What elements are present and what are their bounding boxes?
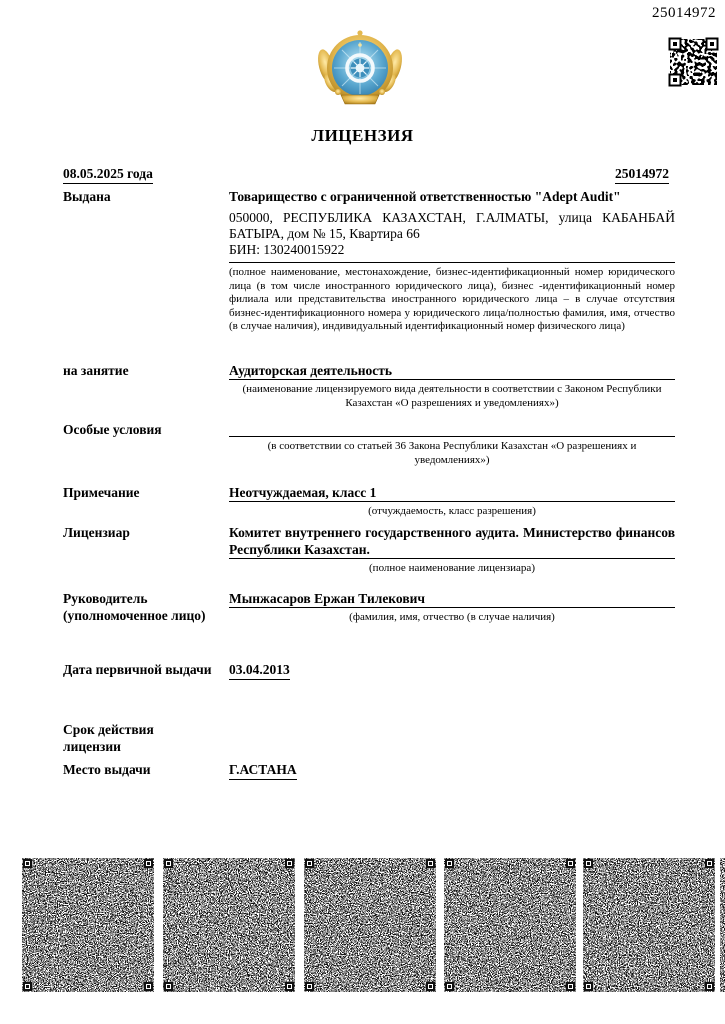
field-row-licensor: Лицензиар Комитет внутреннего государств… xyxy=(63,524,675,576)
field-label: Лицензиар xyxy=(63,524,229,576)
field-label: Руководитель (уполномоченное лицо) xyxy=(63,590,229,625)
field-row-validity: Срок действия лицензии xyxy=(63,721,675,755)
field-caption: (полное наименование, местонахождение, б… xyxy=(229,266,675,334)
field-label: Дата первичной выдачи xyxy=(63,661,229,680)
field-caption: (в соответствии со статьей 36 Закона Рес… xyxy=(242,440,662,467)
signature-noise-block-icon xyxy=(163,858,295,992)
document-number-top: 25014972 xyxy=(652,5,716,22)
special-conditions-value xyxy=(229,421,675,437)
field-row-head: Руководитель (уполномоченное лицо) Мынжа… xyxy=(63,590,675,625)
qr-code-icon xyxy=(668,37,719,87)
field-caption: (наименование лицензируемого вида деятел… xyxy=(237,383,667,410)
page-title: ЛИЦЕНЗИЯ xyxy=(0,126,725,146)
field-row-issued-to: Выдана Товарищество с ограниченной ответ… xyxy=(63,188,675,334)
license-number: 25014972 xyxy=(615,166,669,184)
field-label: Место выдачи xyxy=(63,761,229,780)
signature-noise-block-icon xyxy=(304,858,436,992)
field-label: Примечание xyxy=(63,484,229,519)
field-row-note: Примечание Неотчуждаемая, класс 1 (отчуж… xyxy=(63,484,675,519)
field-caption: (отчуждаемость, класс разрешения) xyxy=(229,505,675,519)
licensee-address: 050000, РЕСПУБЛИКА КАЗАХСТАН, Г.АЛМАТЫ, … xyxy=(229,210,675,242)
field-row-place-of-issue: Место выдачи Г.АСТАНА xyxy=(63,761,675,780)
license-document-page: 25014972 xyxy=(0,0,725,1024)
field-label: Срок действия лицензии xyxy=(63,721,173,755)
note-value: Неотчуждаемая, класс 1 xyxy=(229,484,675,502)
signature-noise-block-icon xyxy=(444,858,576,992)
field-caption: (полное наименование лицензиара) xyxy=(229,562,675,576)
licensee-name: Товарищество с ограниченной ответственно… xyxy=(229,188,675,205)
field-label: Выдана xyxy=(63,188,229,334)
licensor-value: Комитет внутреннего государственного ауд… xyxy=(229,524,675,559)
field-row-special-conditions: Особые условия (в соответствии со статье… xyxy=(63,421,675,467)
validity-value xyxy=(173,721,619,755)
date-number-row: 08.05.2025 года 25014972 xyxy=(63,166,669,184)
field-label: на занятие xyxy=(63,362,229,410)
first-issue-date-value: 03.04.2013 xyxy=(229,661,290,680)
licensee-bin: БИН: 130240015922 xyxy=(229,242,675,262)
signature-noise-block-icon xyxy=(720,858,725,992)
head-value: Мынжасаров Ержан Тилекович xyxy=(229,590,675,608)
activity-value: Аудиторская деятельность xyxy=(229,362,675,380)
field-row-activity: на занятие Аудиторская деятельность (наи… xyxy=(63,362,675,410)
issue-date: 08.05.2025 года xyxy=(63,166,153,184)
field-caption: (фамилия, имя, отчество (в случае наличи… xyxy=(229,611,675,625)
signature-noise-block-icon xyxy=(22,858,154,992)
kazakhstan-emblem-icon xyxy=(315,28,405,108)
place-of-issue-value: Г.АСТАНА xyxy=(229,761,297,780)
field-row-first-issue-date: Дата первичной выдачи 03.04.2013 xyxy=(63,661,675,680)
field-label: Особые условия xyxy=(63,421,229,467)
signature-noise-block-icon xyxy=(583,858,715,992)
